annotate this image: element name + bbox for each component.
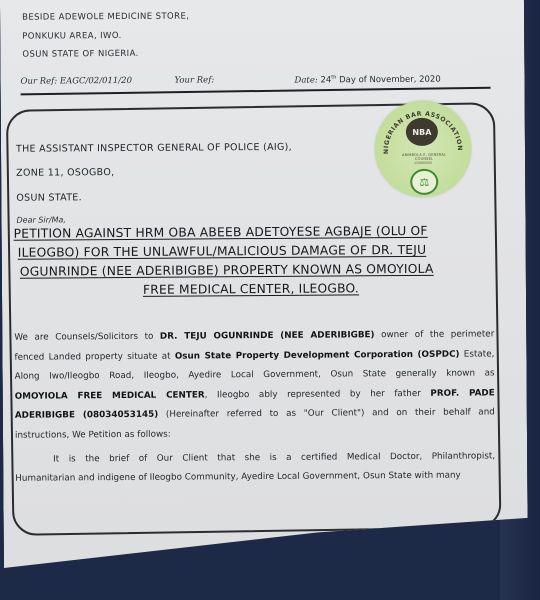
recipient-line: OSUN STATE.	[16, 192, 82, 203]
salutation: Dear Sir/Ma,	[16, 215, 66, 224]
nba-seal-stamp: NIGERIAN BAR ASSOCIATION NBA ABIMBOLA E.…	[375, 101, 472, 198]
subject-line: OGUNRINDE (NEE ADERIBIGBE) PROPERTY KNOW…	[20, 262, 434, 279]
recipient-line: THE ASSISTANT INSPECTOR GENERAL OF POLIC…	[16, 142, 292, 155]
petition-subject: PETITION AGAINST HRM OBA ABEEB ADETOYESE…	[14, 221, 489, 300]
subject-line: ILEOGBO) FOR THE UNLAWFUL/MALICIOUS DAMA…	[18, 243, 427, 260]
seal-sub-text: SCN000000	[405, 161, 441, 165]
header-rule	[21, 87, 491, 96]
subject-line: PETITION AGAINST HRM OBA ABEEB ADETOYESE…	[14, 224, 428, 241]
letterhead-address-line: OSUN STATE OF NIGERIA.	[22, 49, 138, 60]
letterhead-address-line: BESIDE ADEWOLE MEDICINE STORE,	[22, 12, 189, 23]
your-ref: Your Ref:	[174, 75, 214, 85]
letter-date: Date: 24th Day of November, 2020	[294, 74, 440, 86]
letterhead-tel: TEL: 070 3419 1818, 081 0401 0421	[22, 0, 191, 3]
nba-logo-icon: NBA	[406, 118, 438, 146]
letterhead-address-line: PONKUKU AREA, IWO.	[22, 31, 122, 42]
subject-line: FREE MEDICAL CENTER, ILEOGBO.	[143, 281, 359, 297]
letter-page: TEL: 070 3419 1818, 081 0401 0421 BESIDE…	[0, 0, 528, 592]
recipient-line: ZONE 11, OSOGBO,	[16, 167, 114, 179]
reference-line: Our Ref: EAGC/02/011/20 Your Ref: Date: …	[20, 73, 490, 76]
letter-body: We are Counsels/Solicitors to DR. TEJU O…	[14, 325, 495, 489]
our-ref: Our Ref: EAGC/02/011/20	[20, 76, 132, 87]
body-line: instructions, We Petition as follows:	[15, 423, 495, 446]
seal-member-name: ABIMBOLA E. GENERAL COUNSEL	[393, 153, 455, 161]
body-line: ADERIBIGBE (08034053145) (Hereinafter re…	[15, 404, 495, 427]
scales-emblem-icon: ⚖	[410, 169, 438, 195]
body-line: Humanitarian and indigene of Ileogbo Com…	[15, 467, 495, 490]
